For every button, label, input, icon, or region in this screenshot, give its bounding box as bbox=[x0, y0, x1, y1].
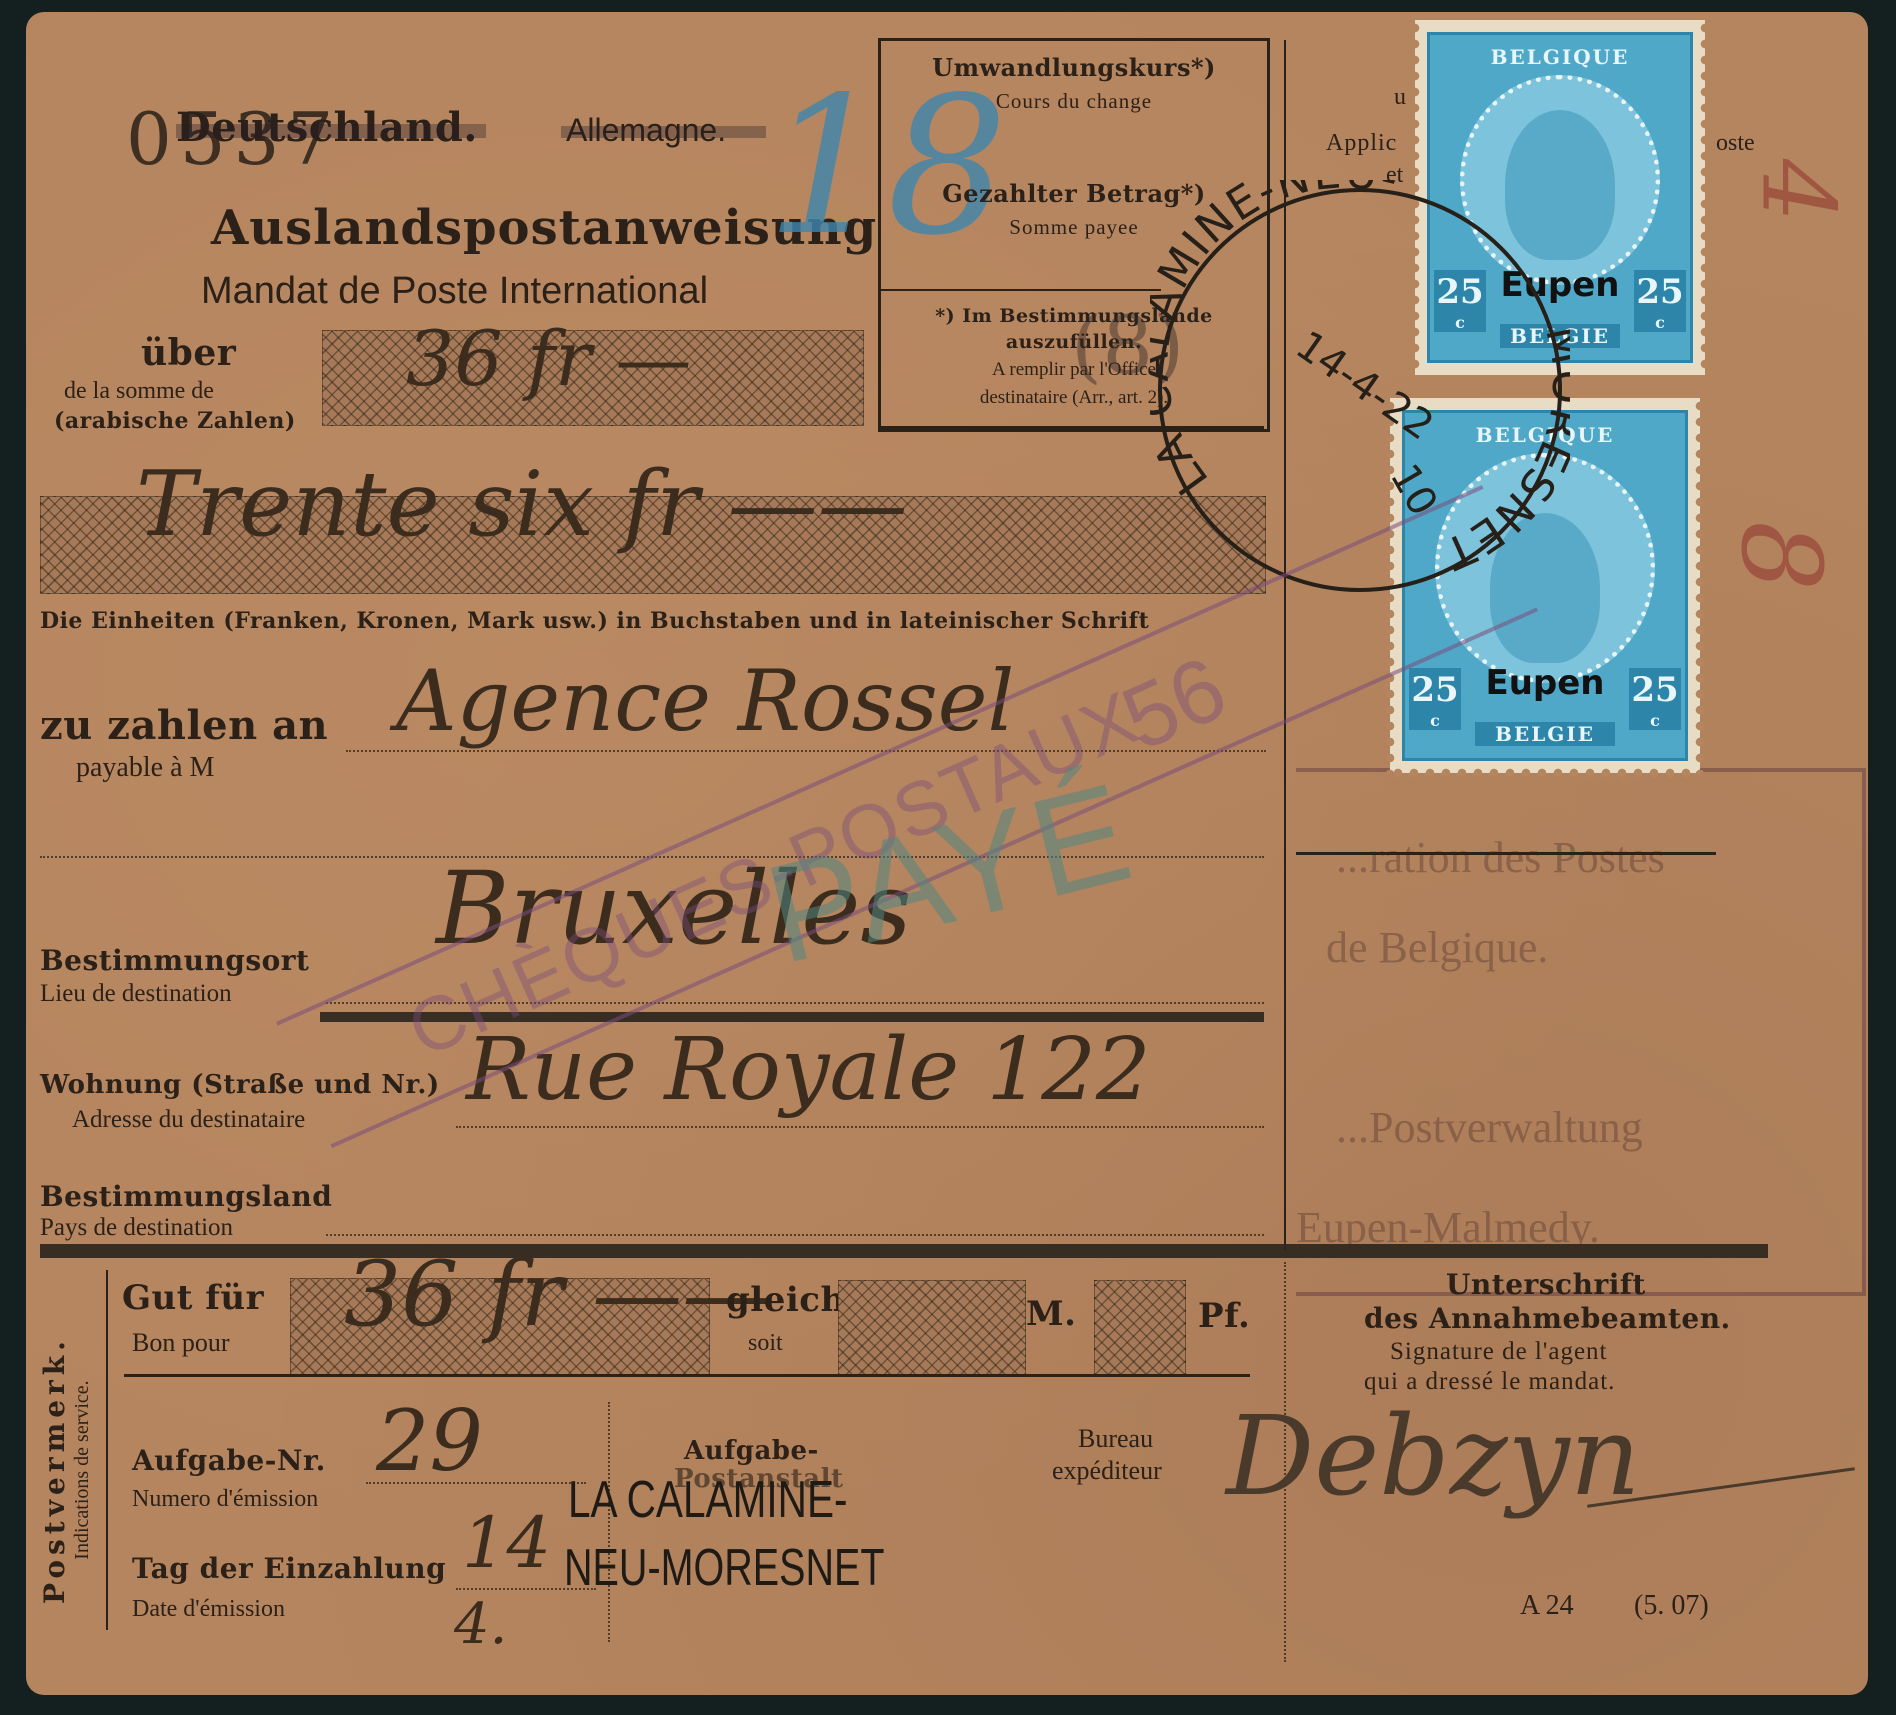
pencil-mark-2: 8 bbox=[1717, 521, 1845, 591]
signature-label-fr-1: Signature de l'agent bbox=[1390, 1338, 1608, 1366]
admin-line-3: ...Postverwaltung bbox=[1336, 1102, 1643, 1153]
good-for-label-de: Gut für bbox=[122, 1278, 264, 1318]
amount-value: 36 fr — bbox=[406, 314, 691, 403]
admin-line-1: ...ration des Postes bbox=[1336, 832, 1665, 883]
admin-line-4: Eupen-Malmedy. bbox=[1296, 1202, 1600, 1253]
coupon-side-label: Postvermerk. Indications de service. bbox=[38, 1310, 94, 1630]
side-label-de: Postvermerk. bbox=[38, 1310, 71, 1630]
stamp-unit: c bbox=[1634, 314, 1686, 332]
office-label-fr-2: expéditeur bbox=[1052, 1456, 1162, 1486]
destination-label-de: Bestimmungsort bbox=[40, 944, 310, 977]
equals-label-de: gleich bbox=[726, 1280, 846, 1320]
office-label-fr-1: Bureau bbox=[1078, 1424, 1153, 1454]
clerk-signature: Debzyn bbox=[1226, 1392, 1641, 1520]
country-label-de: Bestimmungsland bbox=[40, 1180, 332, 1213]
equals-label-fr: soit bbox=[748, 1330, 783, 1357]
perforation bbox=[1390, 768, 1700, 778]
postmark-cancel: LA CALAMINE-NEU- MORESNET 14-4-22 10 bbox=[1150, 180, 1570, 600]
postmark-date: 14-4-22 bbox=[1287, 322, 1441, 449]
date-label-fr: Date d'émission bbox=[132, 1596, 285, 1623]
perforation bbox=[1700, 20, 1710, 375]
date-day-value[interactable]: 14 bbox=[462, 1502, 551, 1584]
address-line bbox=[456, 1126, 1264, 1128]
stamp-unit: c bbox=[1629, 712, 1681, 730]
country-line bbox=[326, 1234, 1264, 1236]
form-number: A 24 bbox=[1520, 1590, 1574, 1622]
exchange-box-divider bbox=[881, 289, 1161, 291]
coupon-left-border bbox=[106, 1270, 108, 1630]
issue-no-value[interactable]: 29 bbox=[376, 1392, 483, 1490]
money-order-card: 0537 Deutschland. Allemagne. Auslandspos… bbox=[26, 12, 1868, 1695]
date-label-de: Tag der Einzahlung bbox=[132, 1552, 446, 1585]
postmark-town: LA CALAMINE-NEU- bbox=[1150, 180, 1405, 504]
signature-label-de-1: Unterschrift bbox=[1446, 1268, 1646, 1301]
mark-unit: M. bbox=[1026, 1294, 1076, 1334]
signature-label-de-2: des Annahmebeamten. bbox=[1364, 1302, 1731, 1335]
good-for-value: 36 fr —— bbox=[344, 1242, 772, 1347]
perforation bbox=[1695, 398, 1705, 773]
rate-label-fr: Cours du change bbox=[881, 89, 1267, 114]
amount-label-note: (arabische Zahlen) bbox=[54, 408, 296, 434]
right-column-partial-1: u bbox=[1394, 84, 1406, 111]
office-stamp-line-2: NEU-MORESNET bbox=[564, 1538, 885, 1598]
country-fr-strike bbox=[561, 126, 766, 138]
pencil-mark-1: 4 bbox=[1739, 159, 1856, 223]
rate-label-de: Umwandlungskurs*) bbox=[881, 53, 1267, 82]
issue-no-label-de: Aufgabe-Nr. bbox=[132, 1444, 326, 1477]
admin-line-2: de Belgique. bbox=[1326, 922, 1548, 973]
pfennig-field[interactable] bbox=[1094, 1280, 1186, 1376]
issue-no-label-fr: Numero d'émission bbox=[132, 1486, 318, 1513]
stamp-overprint: Eupen bbox=[1405, 663, 1685, 703]
right-column-partial-2: Applic bbox=[1326, 130, 1397, 157]
country-de-strike bbox=[176, 124, 486, 138]
amount-words-instruction: Die Einheiten (Franken, Kronen, Mark usw… bbox=[40, 608, 1149, 634]
good-for-label-fr: Bon pour bbox=[132, 1328, 230, 1358]
address-label-fr: Adresse du destinataire bbox=[72, 1106, 305, 1134]
form-edition: (5. 07) bbox=[1634, 1590, 1709, 1622]
right-column-partial-3: oste bbox=[1716, 130, 1755, 157]
office-label-de-1: Aufgabe- bbox=[684, 1436, 819, 1466]
country-label-fr: Pays de destination bbox=[40, 1214, 233, 1242]
pfennig-unit: Pf. bbox=[1198, 1296, 1250, 1336]
amount-words-value: Trente six fr —— bbox=[136, 452, 908, 557]
form-title-fr: Mandat de Poste International bbox=[201, 270, 708, 313]
amount-label-de: über bbox=[141, 332, 236, 374]
marks-field[interactable] bbox=[838, 1280, 1026, 1376]
stamp-country-bottom: BELGIE bbox=[1475, 722, 1615, 746]
destination-label-fr: Lieu de destination bbox=[40, 980, 232, 1008]
side-label-fr: Indications de service. bbox=[71, 1310, 94, 1630]
office-stamp-line-1: LA CALAMINE- bbox=[568, 1470, 848, 1530]
admin-box: ...ration des Postes de Belgique. ...Pos… bbox=[1296, 768, 1866, 1296]
stamp-country-top: BELGIQUE bbox=[1430, 45, 1690, 69]
coupon-inner-rule bbox=[124, 1374, 1250, 1377]
payee-label-de: zu zahlen an bbox=[40, 702, 328, 749]
date-month-value[interactable]: 4. bbox=[454, 1592, 507, 1657]
admin-box-rule bbox=[1296, 852, 1716, 855]
amount-label-fr: de la somme de bbox=[64, 378, 214, 405]
stamp-unit: c bbox=[1409, 712, 1461, 730]
payee-label-fr: payable à M bbox=[76, 752, 214, 784]
svg-text:LA CALAMINE-NEU-: LA CALAMINE-NEU- bbox=[1150, 180, 1405, 504]
